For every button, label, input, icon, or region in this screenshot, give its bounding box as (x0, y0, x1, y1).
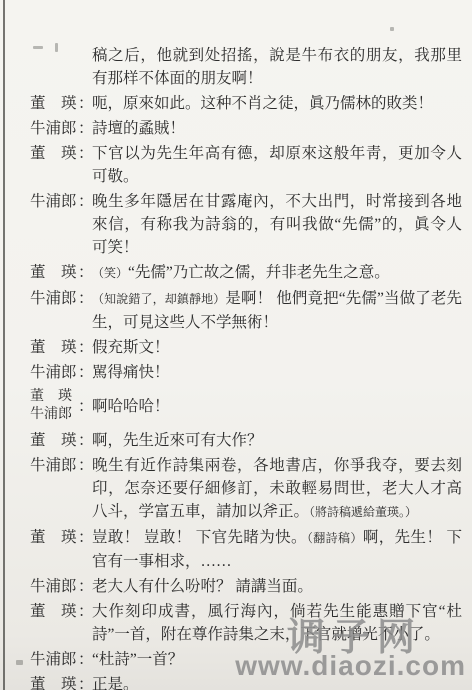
dialogue-entry: 董 瑛：下官以为先生年高有德，却原來这般年靑，更加令人可敬。 (30, 142, 462, 188)
speaker-name-text: 董 瑛 (30, 95, 77, 112)
dialogue-entry: 董 瑛：呃，原來如此。这种不肖之徒，眞乃儒林的敗类！ (30, 92, 462, 115)
speaker-colon: ： (78, 92, 92, 115)
speaker-name: 董 瑛 (30, 336, 78, 359)
dialogue-text: （笑）“先儒”乃亡故之儒，幷非老先生之意。 (92, 261, 462, 285)
dialogue-text: 駡得痛快！ (92, 361, 462, 384)
dialogue-text: 晚生有近作詩集兩卷，各地書店，你爭我夺，要去刻印，怎奈还要仔細修訂，未敢輕易問世… (92, 454, 462, 524)
speaker-colon: ： (78, 190, 92, 213)
speaker-name-text: 董 瑛 (30, 603, 77, 620)
speaker-name: 牛浦郎 (30, 575, 78, 598)
dialogue-entry: 董 瑛：假充斯文！ (30, 336, 462, 359)
dialogue-text: 假充斯文！ (92, 336, 462, 359)
speaker-name: 董 瑛 (30, 92, 78, 115)
speaker-colon: ： (78, 142, 92, 165)
speaker-name: 牛浦郎 (30, 190, 78, 213)
speaker-colon: ： (78, 673, 92, 690)
speaker-names-stacked: 董 瑛牛浦郎 (30, 388, 78, 424)
speaker-name: 董 瑛 (30, 673, 78, 690)
dialogue-text: （知說錯了，却鎮靜地）是啊！ 他們竟把“先儒”当做了老先生，可見这些人不学無術！ (92, 287, 462, 334)
speech-text: 豈敢！ 豈敢！ 下官先睹为快。 (92, 529, 307, 546)
speech-text: 下官以为先生年高有德，却原來这般年靑，更加令人可敬。 (92, 145, 462, 185)
stage-direction: （笑） (92, 266, 128, 280)
speech-text: 假充斯文！ (92, 339, 170, 356)
speaker-name: 董 瑛 (30, 388, 78, 406)
speaker-name: 董 瑛 (30, 526, 78, 549)
speaker-name: 董 瑛 (30, 600, 78, 623)
dialogue-text: 呃，原來如此。这种不肖之徒，眞乃儒林的敗类！ (92, 92, 462, 115)
speaker-name: 牛浦郎 (30, 117, 78, 140)
speaker-name: 牛浦郎 (30, 648, 78, 671)
speaker-colon: ： (78, 336, 92, 359)
dialogue-text: 下官以为先生年高有德，却原來这般年靑，更加令人可敬。 (92, 142, 462, 188)
speech-text: “杜詩”一首？ (92, 651, 183, 668)
speaker-colon: ： (78, 117, 92, 140)
speaker-name: 牛浦郎 (30, 287, 78, 310)
speaker-name-text: 牛浦郎 (30, 193, 77, 210)
speaker-colon: ： (78, 261, 92, 284)
speaker-name: 董 瑛 (30, 261, 78, 284)
speaker-name-text: 牛浦郎 (30, 290, 77, 307)
watermark-site-url: www.diaozi.com (235, 650, 466, 682)
speech-text: 詩壇的蟊賊！ (92, 120, 185, 137)
stage-direction: （翻詩稿） (307, 531, 363, 545)
dialogue-entry: 稿之后，他就到处招搖，說是牛布衣的朋友，我那里有那样不体面的朋友啊！ (30, 44, 462, 90)
dialogue-text: 稿之后，他就到处招搖，說是牛布衣的朋友，我那里有那样不体面的朋友啊！ (92, 44, 462, 90)
speech-text: 啊哈哈哈！ (92, 395, 170, 418)
speaker-name-text: 牛浦郎 (30, 578, 77, 595)
speaker-colon: ： (78, 395, 92, 418)
dialogue-entry: 牛浦郎：駡得痛快！ (30, 361, 462, 384)
speaker-name-text: 牛浦郎 (30, 457, 77, 474)
dialogue-text: 豈敢！ 豈敢！ 下官先睹为快。（翻詩稿）啊，先生！ 下官有一事相求，…… (92, 526, 462, 573)
speaker-name-text: 牛浦郎 (30, 364, 77, 381)
speaker-name: 牛浦郎 (30, 361, 78, 384)
dialogue-text: 詩壇的蟊賊！ (92, 117, 462, 140)
speech-text: 正是。 (92, 676, 139, 690)
dialogue-text: 晚生多年隱居在甘露庵內，不大出門，时常接到各地來信，有称我为詩翁的，有叫我做“先… (92, 190, 462, 259)
stage-direction: （知說錯了，却鎮靜地） (92, 292, 225, 306)
stage-direction: （將詩稿遞給董瑛。） (309, 505, 417, 519)
speaker-name: 牛浦郎 (30, 406, 78, 424)
dialogue-entry: 牛浦郎：詩壇的蟊賊！ (30, 117, 462, 140)
speech-text: 駡得痛快！ (92, 364, 170, 381)
dialogue-text: 啊，先生近來可有大作？ (92, 429, 462, 452)
speaker-name-text: 董 瑛 (30, 676, 77, 690)
dialogue-entry: 牛浦郎：（知說錯了，却鎮靜地）是啊！ 他們竟把“先儒”当做了老先生，可見这些人不… (30, 287, 462, 334)
dialogue-entry: 牛浦郎：晚生多年隱居在甘露庵內，不大出門，时常接到各地來信，有称我为詩翁的，有叫… (30, 190, 462, 259)
speech-text: 晚生多年隱居在甘露庵內，不大出門，时常接到各地來信，有称我为詩翁的，有叫我做“先… (92, 193, 462, 256)
speaker-colon: ： (78, 600, 92, 623)
speech-text: “先儒”乃亡故之儒，幷非老先生之意。 (128, 264, 390, 281)
speaker-name-text: 董 瑛 (30, 432, 77, 449)
speaker-name-text: 牛浦郎 (30, 120, 77, 137)
dialogue-entry: 董 瑛：（笑）“先儒”乃亡故之儒，幷非老先生之意。 (30, 261, 462, 285)
speaker-name-text: 董 瑛 (30, 145, 77, 162)
script-dialogue-list: 稿之后，他就到处招搖，說是牛布衣的朋友，我那里有那样不体面的朋友啊！董 瑛：呃，… (30, 44, 462, 690)
dialogue-entry: 董 瑛：豈敢！ 豈敢！ 下官先睹为快。（翻詩稿）啊，先生！ 下官有一事相求，…… (30, 526, 462, 573)
speaker-name: 牛浦郎 (30, 454, 78, 477)
dialogue-text: 老大人有什么吩咐？ 請講当面。 (92, 575, 462, 598)
speaker-colon: ： (78, 526, 92, 549)
speaker-name-text: 董 瑛 (30, 339, 77, 356)
speech-text: 呃，原來如此。这种不肖之徒，眞乃儒林的敗类！ (92, 95, 433, 112)
scanned-page-left-border (3, 0, 5, 690)
speech-text: 稿之后，他就到处招搖，說是牛布衣的朋友，我那里有那样不体面的朋友啊！ (92, 47, 462, 87)
dialogue-entry: 牛浦郎：晚生有近作詩集兩卷，各地書店，你爭我夺，要去刻印，怎奈还要仔細修訂，未敢… (30, 454, 462, 524)
speaker-colon: ： (78, 287, 92, 310)
speaker-colon: ： (78, 361, 92, 384)
speaker-colon: ： (78, 575, 92, 598)
dialogue-entry: 董 瑛：啊，先生近來可有大作？ (30, 429, 462, 452)
speech-text: 老大人有什么吩咐？ 請講当面。 (92, 578, 313, 595)
speech-text: 啊，先生近來可有大作？ (92, 432, 263, 449)
scan-speck (16, 660, 23, 665)
speaker-name: 董 瑛 (30, 142, 78, 165)
speaker-colon: ： (78, 429, 92, 452)
speaker-name-text: 董 瑛 (30, 264, 77, 281)
speaker-colon: ： (78, 454, 92, 477)
speaker-colon: ： (78, 648, 92, 671)
dialogue-text: 啊哈哈哈！ (92, 395, 462, 418)
scan-speck (390, 27, 394, 31)
speaker-name-text: 董 瑛 (30, 529, 77, 546)
dialogue-entry: 董 瑛牛浦郎：啊哈哈哈！ (30, 386, 462, 426)
speaker-name: 董 瑛 (30, 429, 78, 452)
speaker-name-text: 牛浦郎 (30, 651, 77, 668)
dialogue-entry: 牛浦郎：老大人有什么吩咐？ 請講当面。 (30, 575, 462, 598)
